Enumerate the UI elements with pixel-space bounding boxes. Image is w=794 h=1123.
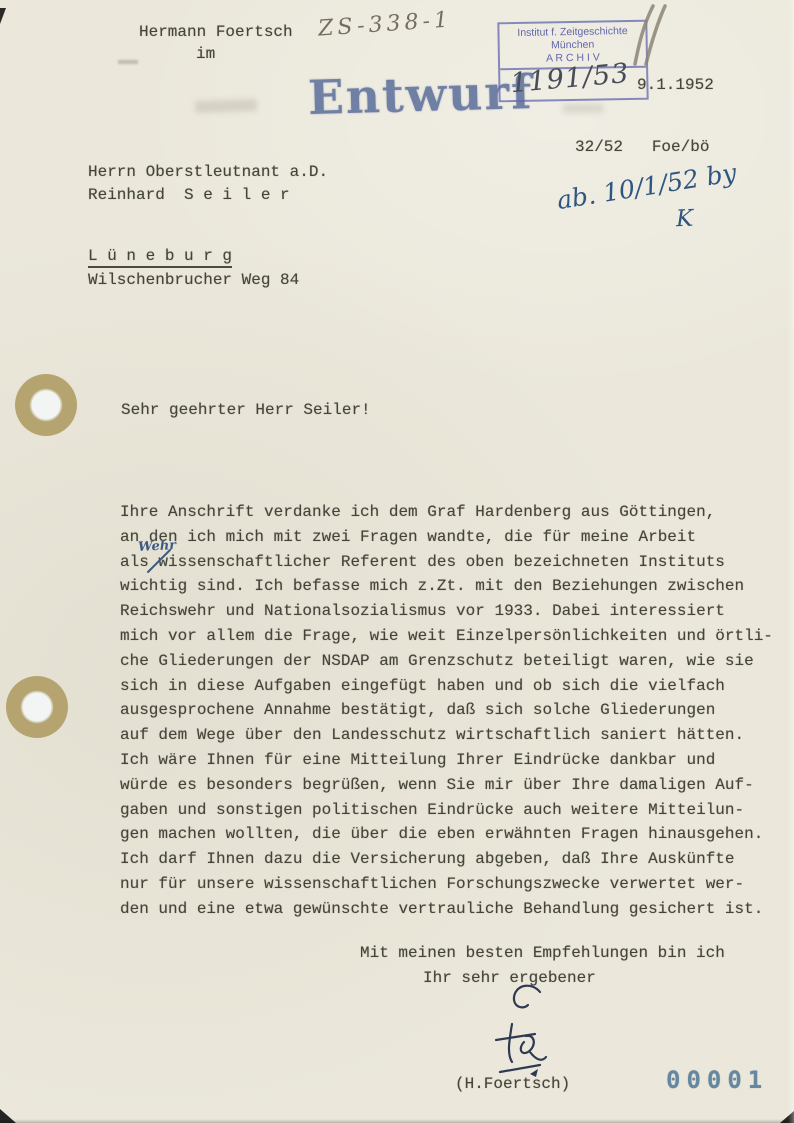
serial-number-stamp: 00001 — [666, 1066, 768, 1094]
handwritten-signature — [480, 980, 570, 1080]
scan-edge-shadow — [0, 1119, 794, 1123]
typed-signature: (H.Foertsch) — [455, 1075, 570, 1093]
pencil-smudge — [118, 60, 138, 64]
paper-edge-highlight — [788, 0, 794, 1123]
ink-ghost-smudge — [563, 104, 603, 113]
closing-line1: Mit meinen besten Empfehlungen bin ich — [360, 944, 725, 962]
letter-scan-page: Hermann Foertsch im ZS-338-1 Entwurf Ins… — [0, 0, 794, 1123]
ink-ghost-smudge — [195, 99, 257, 113]
scan-edge-artifact — [0, 8, 6, 24]
